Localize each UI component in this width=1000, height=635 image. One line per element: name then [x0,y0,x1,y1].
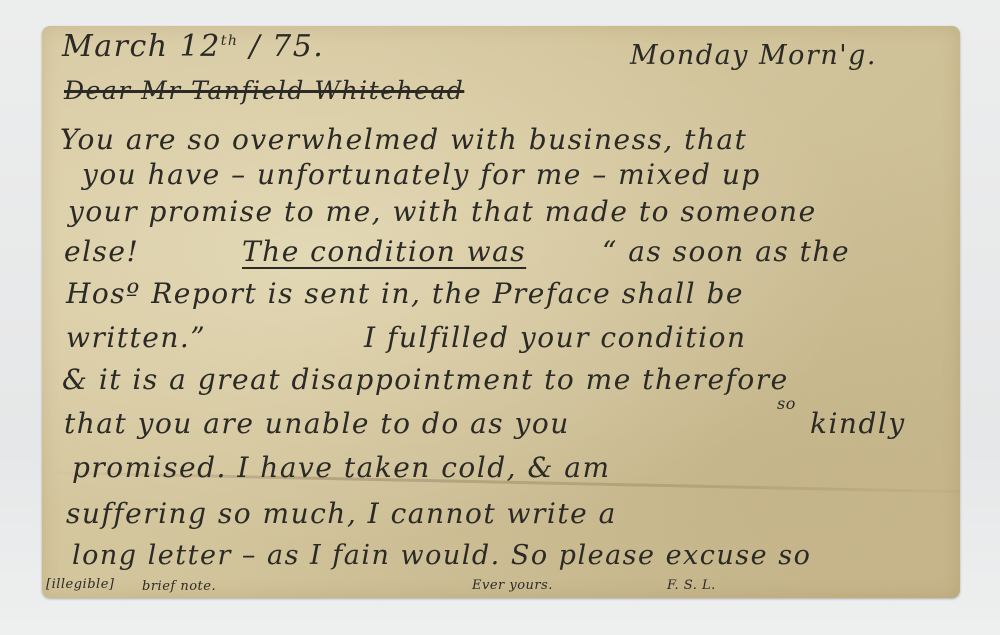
margin-note: brief note. [142,580,216,593]
signature: F. S. L. [667,579,716,592]
body-line-2: you have – unfortunately for me – mixed … [82,161,761,189]
margin-note-prefix: [illegible] [46,578,114,591]
closing: Ever yours. [472,579,553,592]
body-line-10: suffering so much, I cannot write a [66,500,617,528]
inserted-word: so [777,396,796,412]
body-line-4b: “ as soon as the [602,238,850,266]
body-line-6b: I fulfilled your condition [364,324,746,352]
body-line-7: & it is a great disappointment to me the… [62,366,789,394]
date-suffix: th [221,33,239,49]
body-line-5: Hosº Report is sent in, the Preface shal… [66,280,744,308]
body-line-4: else! [64,238,139,266]
salutation-struck: Dear Mr Tanfield Whitehead [64,78,464,103]
date-year: / 75. [249,29,324,64]
date: March 12 [62,29,221,64]
body-line-1: You are so overwhelmed with business, th… [60,126,747,154]
date-line: March 12th / 75. [62,32,324,62]
underlined-phrase: The condition was [242,238,526,266]
body-line-11: long letter – as I fain would. So please… [72,542,811,569]
body-line-8b: kindly [810,410,906,438]
body-line-3: your promise to me, with that made to so… [68,198,817,226]
postcard: March 12th / 75. Monday Morn'g. Dear Mr … [42,26,960,598]
day-of-week: Monday Morn'g. [630,42,877,69]
body-line-8: that you are unable to do as you [64,410,570,438]
body-line-9: promised. I have taken cold, & am [72,454,611,482]
body-line-6: written.” [66,324,206,352]
